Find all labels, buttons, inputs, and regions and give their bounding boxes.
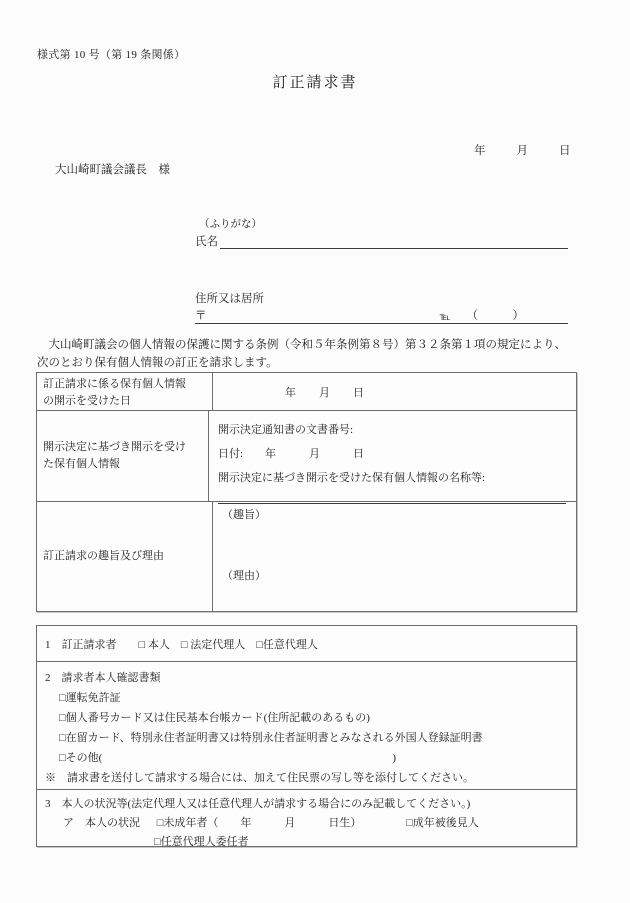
other-option-close: ) [392,749,396,769]
mailing-note: ※ 請求書を送付して請求する場合には、加えて住民票の写し等を添付してください。 [45,769,483,789]
furigana-label: （ふりがな） [199,216,262,231]
other-option-open: □その他( [59,749,102,769]
reason-label: （理由） [222,567,566,583]
doc-number-line: 開示決定通知書の文書番号: [218,418,566,442]
table-row-principal-status: 3 本人の状況等(法定代理人又は任意代理人が請求する場合にのみ記載してください。… [37,789,576,846]
purpose-label: （趣旨） [222,506,566,522]
checkbox-option-license: □運転免許証 [59,689,483,709]
disclosure-date-value-cell: 年 月 日 [213,373,576,410]
table-row-requester-type: 1 訂正請求者 □ 本人 □ 法定代理人 □任意代理人 [37,626,576,661]
postal-mark: 〒 [195,307,207,323]
name-blank-underline [220,233,568,249]
name-field-row: 氏名 [195,233,568,249]
checkbox-option-minor: □未成年者（ 年 月 日生） [157,817,362,829]
info-name-line: 開示決定に基づき開示を受けた保有個人情報の名称等: [218,466,566,490]
principal-status-line: ア 本人の状況 □未成年者（ 年 月 日生） □成年被後見人 [63,814,479,833]
checkbox-option-adult-ward: □成年被後見人 [406,817,479,829]
checkbox-option-voluntary-delegate: □任意代理人委任者 [154,833,479,852]
identity-documents-cell: 2 請求者本人確認書類 □運転免許証 □個人番号カード又は住民基本台帳カード(住… [37,662,483,789]
date-month-label: 月 [517,142,529,158]
disclosed-info-cell: 開示決定通知書の文書番号: 日付: 年 月 日 開示決定に基づき開示を受けた保有… [209,411,576,501]
date-line: 年 月 日 [474,142,571,158]
checkbox-option-other: □その他( ) [59,749,483,769]
postal-tel-row: 〒 ℡ （ ） [195,306,568,324]
form-number: 様式第 10 号（第 19 条関係） [37,46,185,62]
checkbox-option-residence-card: □在留カード、特別永住者証明書又は特別永住者証明書とみなされる外国人登録証明書 [59,729,483,749]
tel-parens-blank: （ ） [467,307,525,323]
date-year-label: 年 [474,142,486,158]
other-blank-gap [102,749,392,769]
principal-status-title: 3 本人の状況等(法定代理人又は任意代理人が請求する場合にのみ記載してください。… [45,795,479,814]
purpose-reason-cell: （趣旨） （理由） [213,502,576,611]
intro-paragraph: 大山崎町議会の個人情報の保護に関する条例（令和５年条例第８号）第３２条第１項の規… [37,337,585,372]
requester-info-table: 1 訂正請求者 □ 本人 □ 法定代理人 □任意代理人 2 請求者本人確認書類 … [36,625,577,847]
identity-documents-title: 2 請求者本人確認書類 [45,669,483,689]
status-sub-label: ア 本人の状況 [63,817,140,829]
name-label: 氏名 [195,233,218,249]
page-title: 訂正請求書 [0,71,630,92]
row-label-disclosure-date: 訂正請求に係る保有個人情報 の開示を受けた日 [37,373,213,410]
disclosure-date-blank: 年 月 日 [285,384,370,400]
table-row-identity-documents: 2 請求者本人確認書類 □運転免許証 □個人番号カード又は住民基本台帳カード(住… [37,661,576,789]
table-row-disclosed-info: 開示決定に基づき開示を受け た保有個人情報 開示決定通知書の文書番号: 日付: … [37,410,576,501]
date-day-label: 日 [559,142,571,158]
row-label-purpose-reason: 訂正請求の趣旨及び理由 [37,502,213,611]
tel-label: ℡ [440,312,451,323]
checkbox-option-mynumber-card: □個人番号カード又は住民基本台帳カード(住所記載のあるもの) [59,709,483,729]
principal-status-cell: 3 本人の状況等(法定代理人又は任意代理人が請求する場合にのみ記載してください。… [37,790,479,846]
requester-type-line: 1 訂正請求者 □ 本人 □ 法定代理人 □任意代理人 [37,626,318,661]
correction-details-table: 訂正請求に係る保有個人情報 の開示を受けた日 年 月 日 開示決定に基づき開示を… [36,372,577,612]
correction-request-form-page: 様式第 10 号（第 19 条関係） 訂正請求書 年 月 日 大山崎町議会議長 … [0,0,630,903]
table-row-disclosure-date: 訂正請求に係る保有個人情報 の開示を受けた日 年 月 日 [37,373,576,410]
row-label-disclosed-info: 開示決定に基づき開示を受け た保有個人情報 [37,411,209,501]
table-row-purpose-reason: 訂正請求の趣旨及び理由 （趣旨） （理由） [37,501,576,611]
recipient-line: 大山崎町議会議長 様 [55,161,170,177]
address-label: 住所又は居所 [195,290,264,306]
decision-date-line: 日付: 年 月 日 [218,442,566,466]
